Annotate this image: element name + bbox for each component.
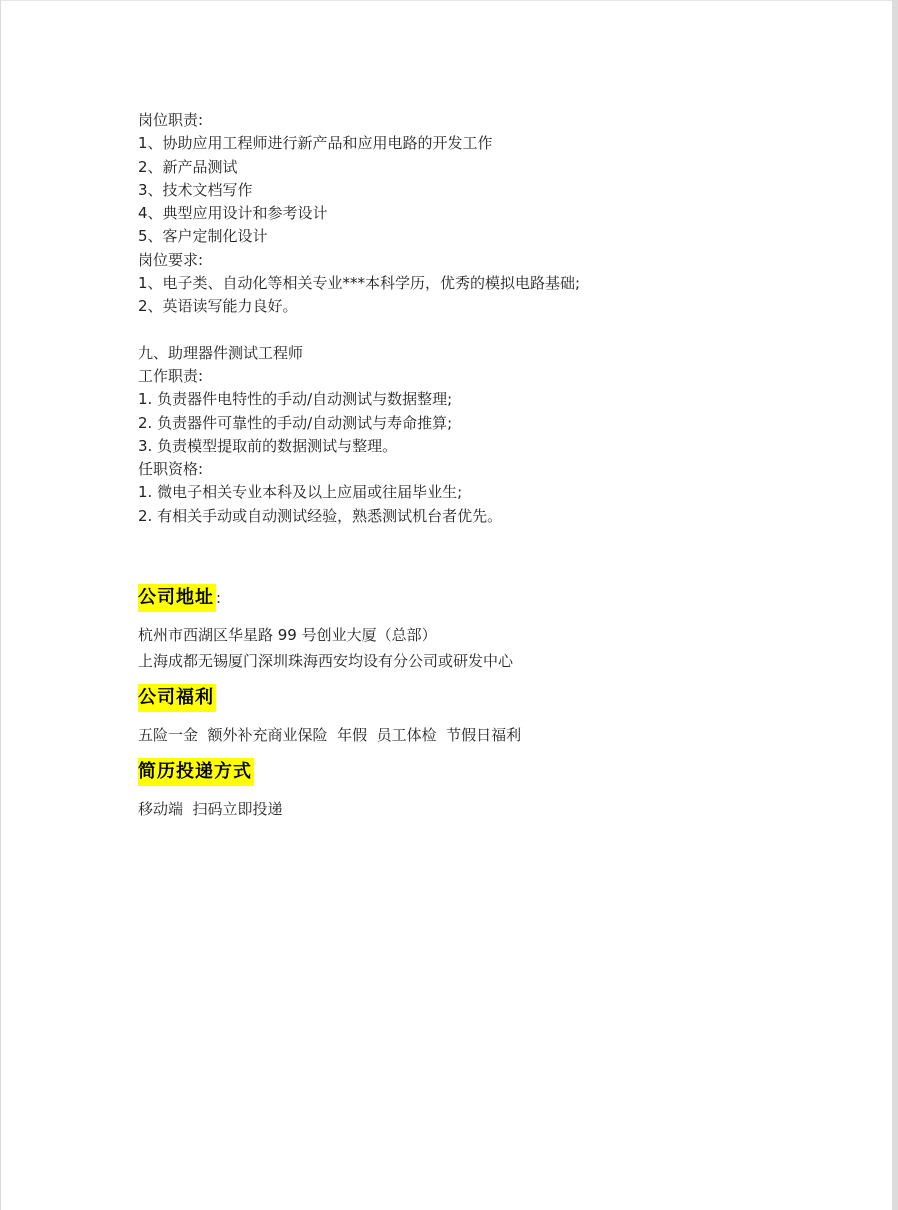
address-section-heading: 公司地址: [138, 584, 838, 614]
qualifications-label: 任职资格: [138, 458, 838, 481]
duty-item: 1、协助应用工程师进行新产品和应用电路的开发工作 [138, 132, 838, 155]
page-scrollbar-edge [892, 0, 898, 1210]
duty-item: 5、客户定制化设计 [138, 225, 838, 248]
address-heading: 公司地址 [138, 584, 216, 612]
qualification-item: 2. 有相关手动或自动测试经验，熟悉测试机台者优先。 [138, 505, 838, 528]
duty-item: 1. 负责器件电特性的手动/自动测试与数据整理; [138, 388, 838, 411]
position-title: 九、助理器件测试工程师 [138, 342, 838, 365]
duty-item: 4、典型应用设计和参考设计 [138, 202, 838, 225]
duty-item: 3. 负责模型提取前的数据测试与整理。 [138, 435, 838, 458]
address-line: 上海成都无锡厦门深圳珠海西安均设有分公司或研发中心 [138, 648, 838, 674]
document-page: 岗位职责: 1、协助应用工程师进行新产品和应用电路的开发工作 2、新产品测试 3… [0, 0, 892, 1210]
submission-text: 移动端 扫码立即投递 [138, 796, 838, 822]
duty-item: 3、技术文档写作 [138, 179, 838, 202]
benefits-section-heading: 公司福利 [138, 684, 838, 714]
address-line: 杭州市西湖区华星路 99 号创业大厦（总部） [138, 622, 838, 648]
heading-colon: : [216, 589, 221, 607]
duty-item: 2、新产品测试 [138, 156, 838, 179]
requirement-item: 2、英语读写能力良好。 [138, 295, 838, 318]
qualification-item: 1. 微电子相关专业本科及以上应届或往届毕业生; [138, 481, 838, 504]
benefits-text: 五险一金 额外补充商业保险 年假 员工体检 节假日福利 [138, 722, 838, 748]
benefits-heading: 公司福利 [138, 684, 216, 712]
requirements-label: 岗位要求: [138, 249, 838, 272]
blank-space [138, 528, 838, 584]
blank-line [138, 319, 838, 342]
submission-section-heading: 简历投递方式 [138, 758, 838, 788]
duties-label: 工作职责: [138, 365, 838, 388]
duties-label: 岗位职责: [138, 109, 838, 132]
duty-item: 2. 负责器件可靠性的手动/自动测试与寿命推算; [138, 412, 838, 435]
submission-heading: 简历投递方式 [138, 758, 254, 786]
requirement-item: 1、电子类、自动化等相关专业***本科学历，优秀的模拟电路基础; [138, 272, 838, 295]
document-content: 岗位职责: 1、协助应用工程师进行新产品和应用电路的开发工作 2、新产品测试 3… [138, 109, 838, 822]
